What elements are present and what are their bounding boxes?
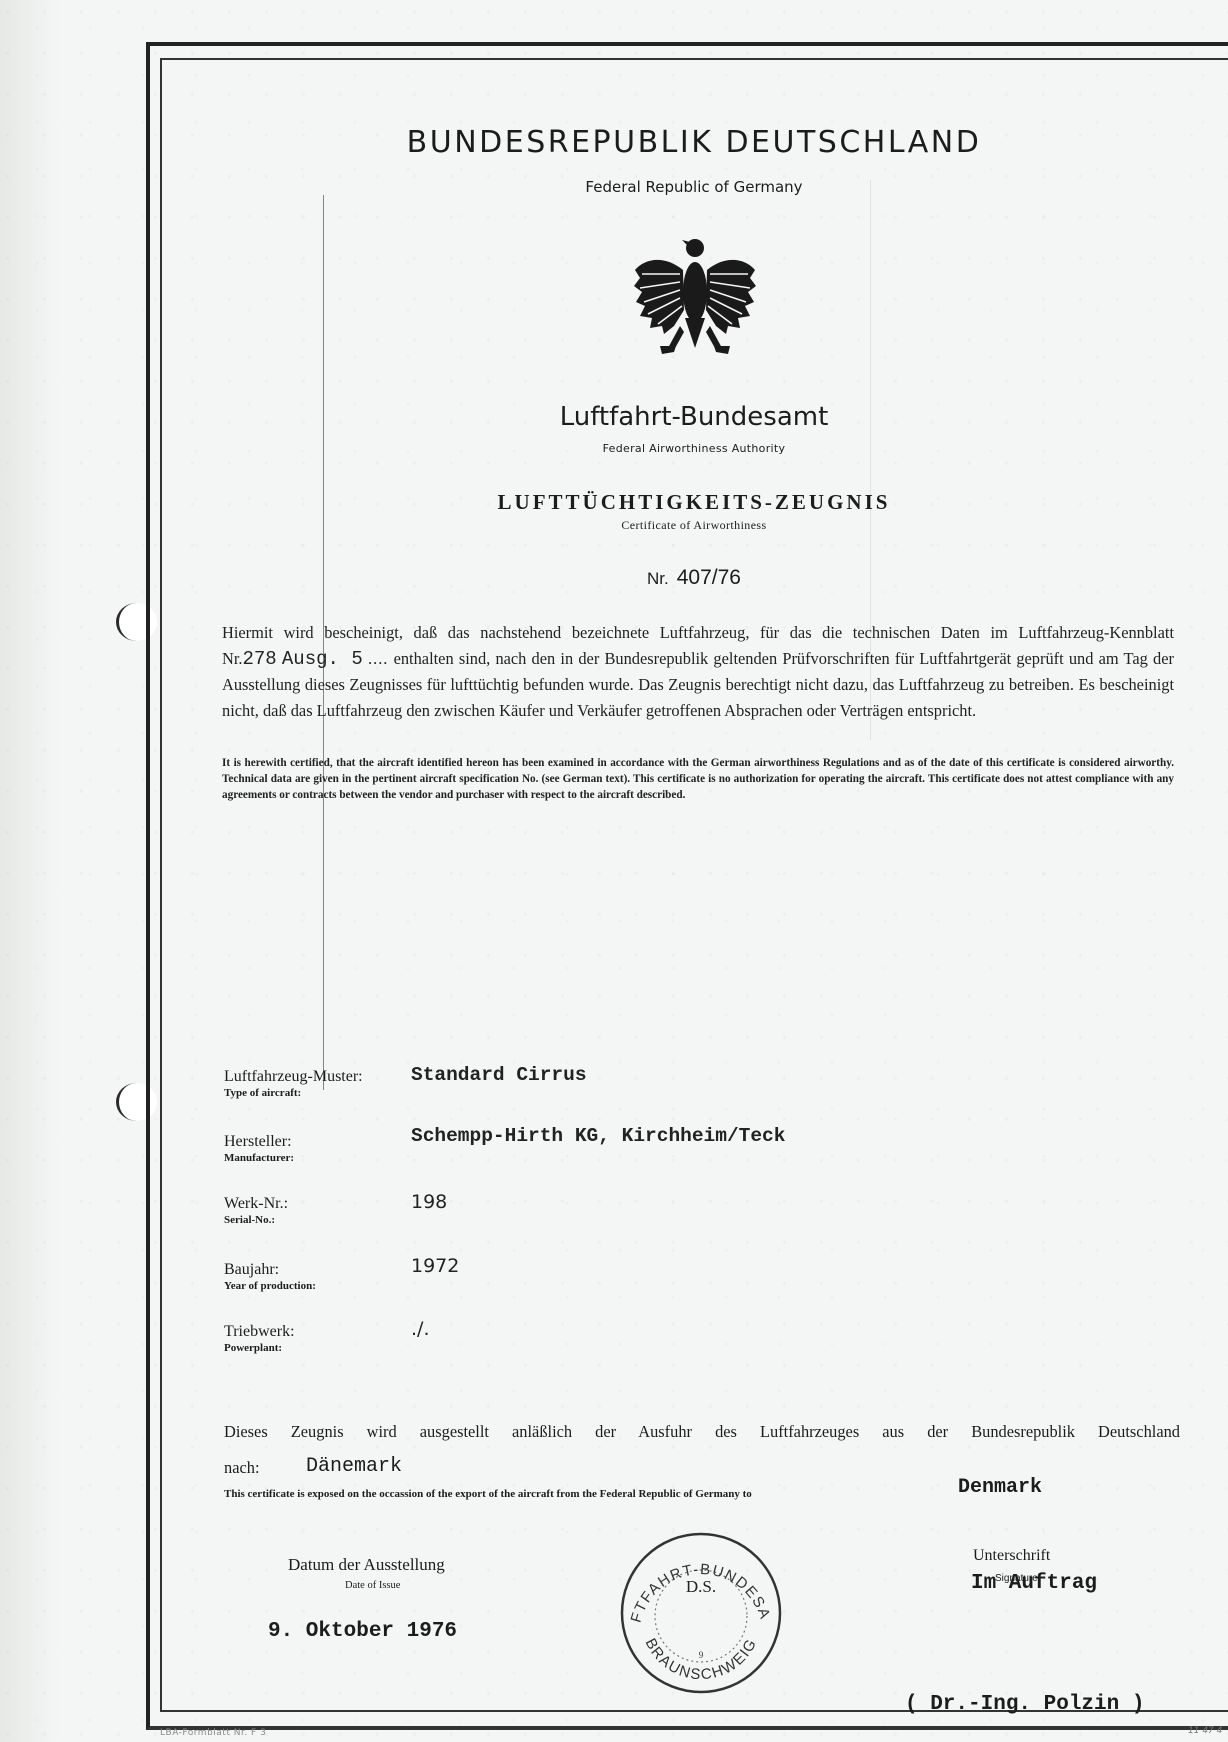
certificate-number-value: 407/76 <box>677 566 741 589</box>
date-of-issue-label-en: Date of Issue <box>345 1580 400 1591</box>
official-seal-icon: LUFTFAHRT-BUNDESAMT BRAUNSCHWEIG D.S. 9 <box>618 1530 784 1696</box>
field-label-en: Powerplant: <box>224 1342 295 1354</box>
date-of-issue-value: 9. Oktober 1976 <box>268 1620 457 1643</box>
certificate-number: Nr.407/76 <box>160 566 1228 590</box>
federal-eagle-icon <box>630 230 760 365</box>
seal-number: 9 <box>699 1650 704 1660</box>
field-label-en: Type of aircraft: <box>224 1087 363 1099</box>
serial-number-value: 198 <box>411 1191 447 1213</box>
export-country-en: Denmark <box>958 1476 1042 1499</box>
country-title-en: Federal Republic of Germany <box>160 178 1228 196</box>
field-manufacturer: Hersteller: Manufacturer: <box>224 1133 294 1164</box>
export-country-de: Dänemark <box>306 1455 402 1478</box>
certification-text-de-part2: enthalten sind, nach den in der Bundesre… <box>222 649 1174 720</box>
authority-name-en: Federal Airworthiness Authority <box>160 442 1228 455</box>
field-label-de: Baujahr: <box>224 1261 316 1279</box>
form-number: LBA-Formblatt Nr. F 3 <box>160 1728 266 1738</box>
date-of-issue-label: Datum der Ausstellung <box>288 1555 445 1575</box>
aircraft-type-value: Standard Cirrus <box>411 1064 587 1086</box>
certification-text-de: Hiermit wird bescheinigt, daß das nachst… <box>222 620 1174 723</box>
field-year-of-production: Baujahr: Year of production: <box>224 1261 316 1292</box>
field-aircraft-type: Luftfahrzeug-Muster: Type of aircraft: <box>224 1068 363 1099</box>
certificate-title-en: Certificate of Airworthiness <box>160 518 1228 533</box>
field-powerplant: Triebwerk: Powerplant: <box>224 1323 295 1354</box>
certification-text-en: It is herewith certified, that the aircr… <box>222 756 1174 803</box>
field-label-en: Serial-No.: <box>224 1214 288 1226</box>
certificate-number-label: Nr. <box>647 569 669 588</box>
field-label-de: Werk-Nr.: <box>224 1195 288 1213</box>
authority-name: Luftfahrt-Bundesamt <box>160 402 1228 432</box>
country-title: BUNDESREPUBLIK DEUTSCHLAND <box>160 125 1228 160</box>
field-label-de: Luftfahrzeug-Muster: <box>224 1068 363 1086</box>
field-label-de: Triebwerk: <box>224 1323 295 1341</box>
signature-label: Unterschrift <box>973 1547 1050 1565</box>
export-text-en: This certificate is exposed on the occas… <box>224 1488 752 1500</box>
seal-center-text: D.S. <box>686 1577 716 1596</box>
manufacturer-value: Schempp-Hirth KG, Kirchheim/Teck <box>411 1125 785 1147</box>
powerplant-value: ./. <box>411 1318 429 1340</box>
field-label-de: Hersteller: <box>224 1133 294 1151</box>
fill-dots: .... <box>368 649 388 668</box>
year-of-production-value: 1972 <box>411 1255 459 1277</box>
field-label-en: Manufacturer: <box>224 1152 294 1164</box>
export-text-de: Dieses Zeugnis wird ausgestellt anläßlic… <box>224 1422 1180 1442</box>
kennblatt-edition: Ausg. 5 <box>282 648 363 670</box>
signatory-name: ( Dr.-Ing. Polzin ) <box>905 1693 1144 1716</box>
signature-authority: Im Auftrag <box>971 1572 1097 1595</box>
kennblatt-number: 278 <box>243 648 277 670</box>
corner-mark: 11 47 4 <box>1188 1726 1222 1736</box>
scan-left-edge <box>0 0 60 1742</box>
certificate-title: LUFTTÜCHTIGKEITS-ZEUGNIS <box>160 490 1228 515</box>
field-serial-number: Werk-Nr.: Serial-No.: <box>224 1195 288 1226</box>
field-label-en: Year of production: <box>224 1280 316 1292</box>
export-to-label: nach: <box>224 1458 260 1478</box>
